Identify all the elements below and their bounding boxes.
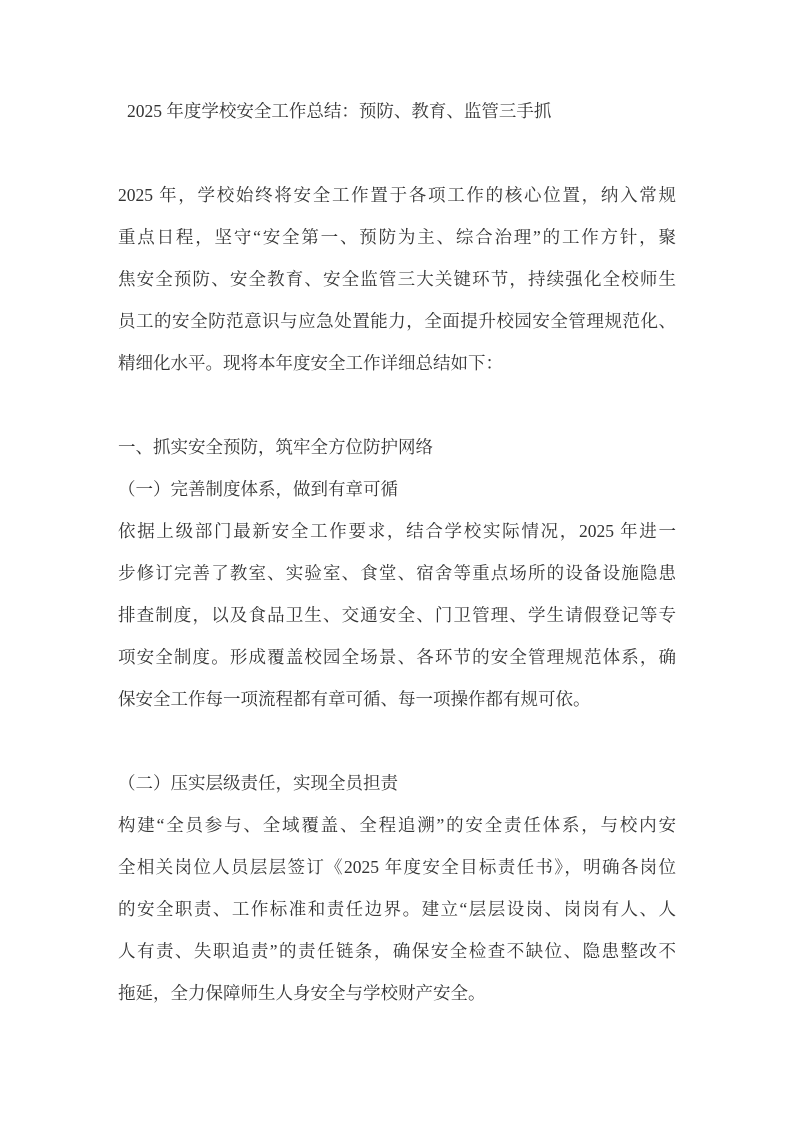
paragraph-line: 步修订完善了教室、实验室、食堂、宿舍等重点场所的设备设施隐患 — [118, 552, 676, 594]
paragraph-line: 精细化水平。现将本年度安全工作详细总结如下： — [118, 342, 676, 384]
paragraph-line: 依据上级部门最新安全工作要求，结合学校实际情况，2025 年进一 — [118, 510, 676, 552]
paragraph-line: 项安全制度。形成覆盖校园全场景、各环节的安全管理规范体系，确 — [118, 636, 676, 678]
paragraph-line: 重点日程，坚守“安全第一、预防为主、综合治理”的工作方针，聚 — [118, 216, 676, 258]
document-page: 2025 年度学校安全工作总结：预防、教育、监管三手抓 2025 年，学校始终将… — [0, 0, 793, 1122]
document-title: 2025 年度学校安全工作总结：预防、教育、监管三手抓 — [118, 90, 676, 132]
intro-paragraph: 2025 年，学校始终将安全工作置于各项工作的核心位置，纳入常规 重点日程，坚守… — [118, 174, 676, 384]
section-1-sub-2-heading: （二）压实层级责任，实现全员担责 — [118, 762, 676, 804]
paragraph-line: 焦安全预防、安全教育、安全监管三大关键环节，持续强化全校师生 — [118, 258, 676, 300]
paragraph-line: 人有责、失职追责”的责任链条，确保安全检查不缺位、隐患整改不 — [118, 930, 676, 972]
paragraph-line: 员工的安全防范意识与应急处置能力，全面提升校园安全管理规范化、 — [118, 300, 676, 342]
paragraph-line: 的安全职责、工作标准和责任边界。建立“层层设岗、岗岗有人、人 — [118, 888, 676, 930]
paragraph-line: 拖延，全力保障师生人身安全与学校财产安全。 — [118, 972, 676, 1014]
paragraph-line: 构建“全员参与、全域覆盖、全程追溯”的安全责任体系，与校内安 — [118, 804, 676, 846]
section-1-sub-1-paragraph: 依据上级部门最新安全工作要求，结合学校实际情况，2025 年进一 步修订完善了教… — [118, 510, 676, 720]
section-1-sub-1-heading: （一）完善制度体系，做到有章可循 — [118, 468, 676, 510]
section-1-heading: 一、抓实安全预防，筑牢全方位防护网络 — [118, 426, 676, 468]
paragraph-line: 排查制度，以及食品卫生、交通安全、门卫管理、学生请假登记等专 — [118, 594, 676, 636]
section-1-sub-2-paragraph: 构建“全员参与、全域覆盖、全程追溯”的安全责任体系，与校内安 全相关岗位人员层层… — [118, 804, 676, 1014]
paragraph-line: 2025 年，学校始终将安全工作置于各项工作的核心位置，纳入常规 — [118, 174, 676, 216]
paragraph-line: 保安全工作每一项流程都有章可循、每一项操作都有规可依。 — [118, 678, 676, 720]
paragraph-line: 全相关岗位人员层层签订《2025 年度安全目标责任书》，明确各岗位 — [118, 846, 676, 888]
